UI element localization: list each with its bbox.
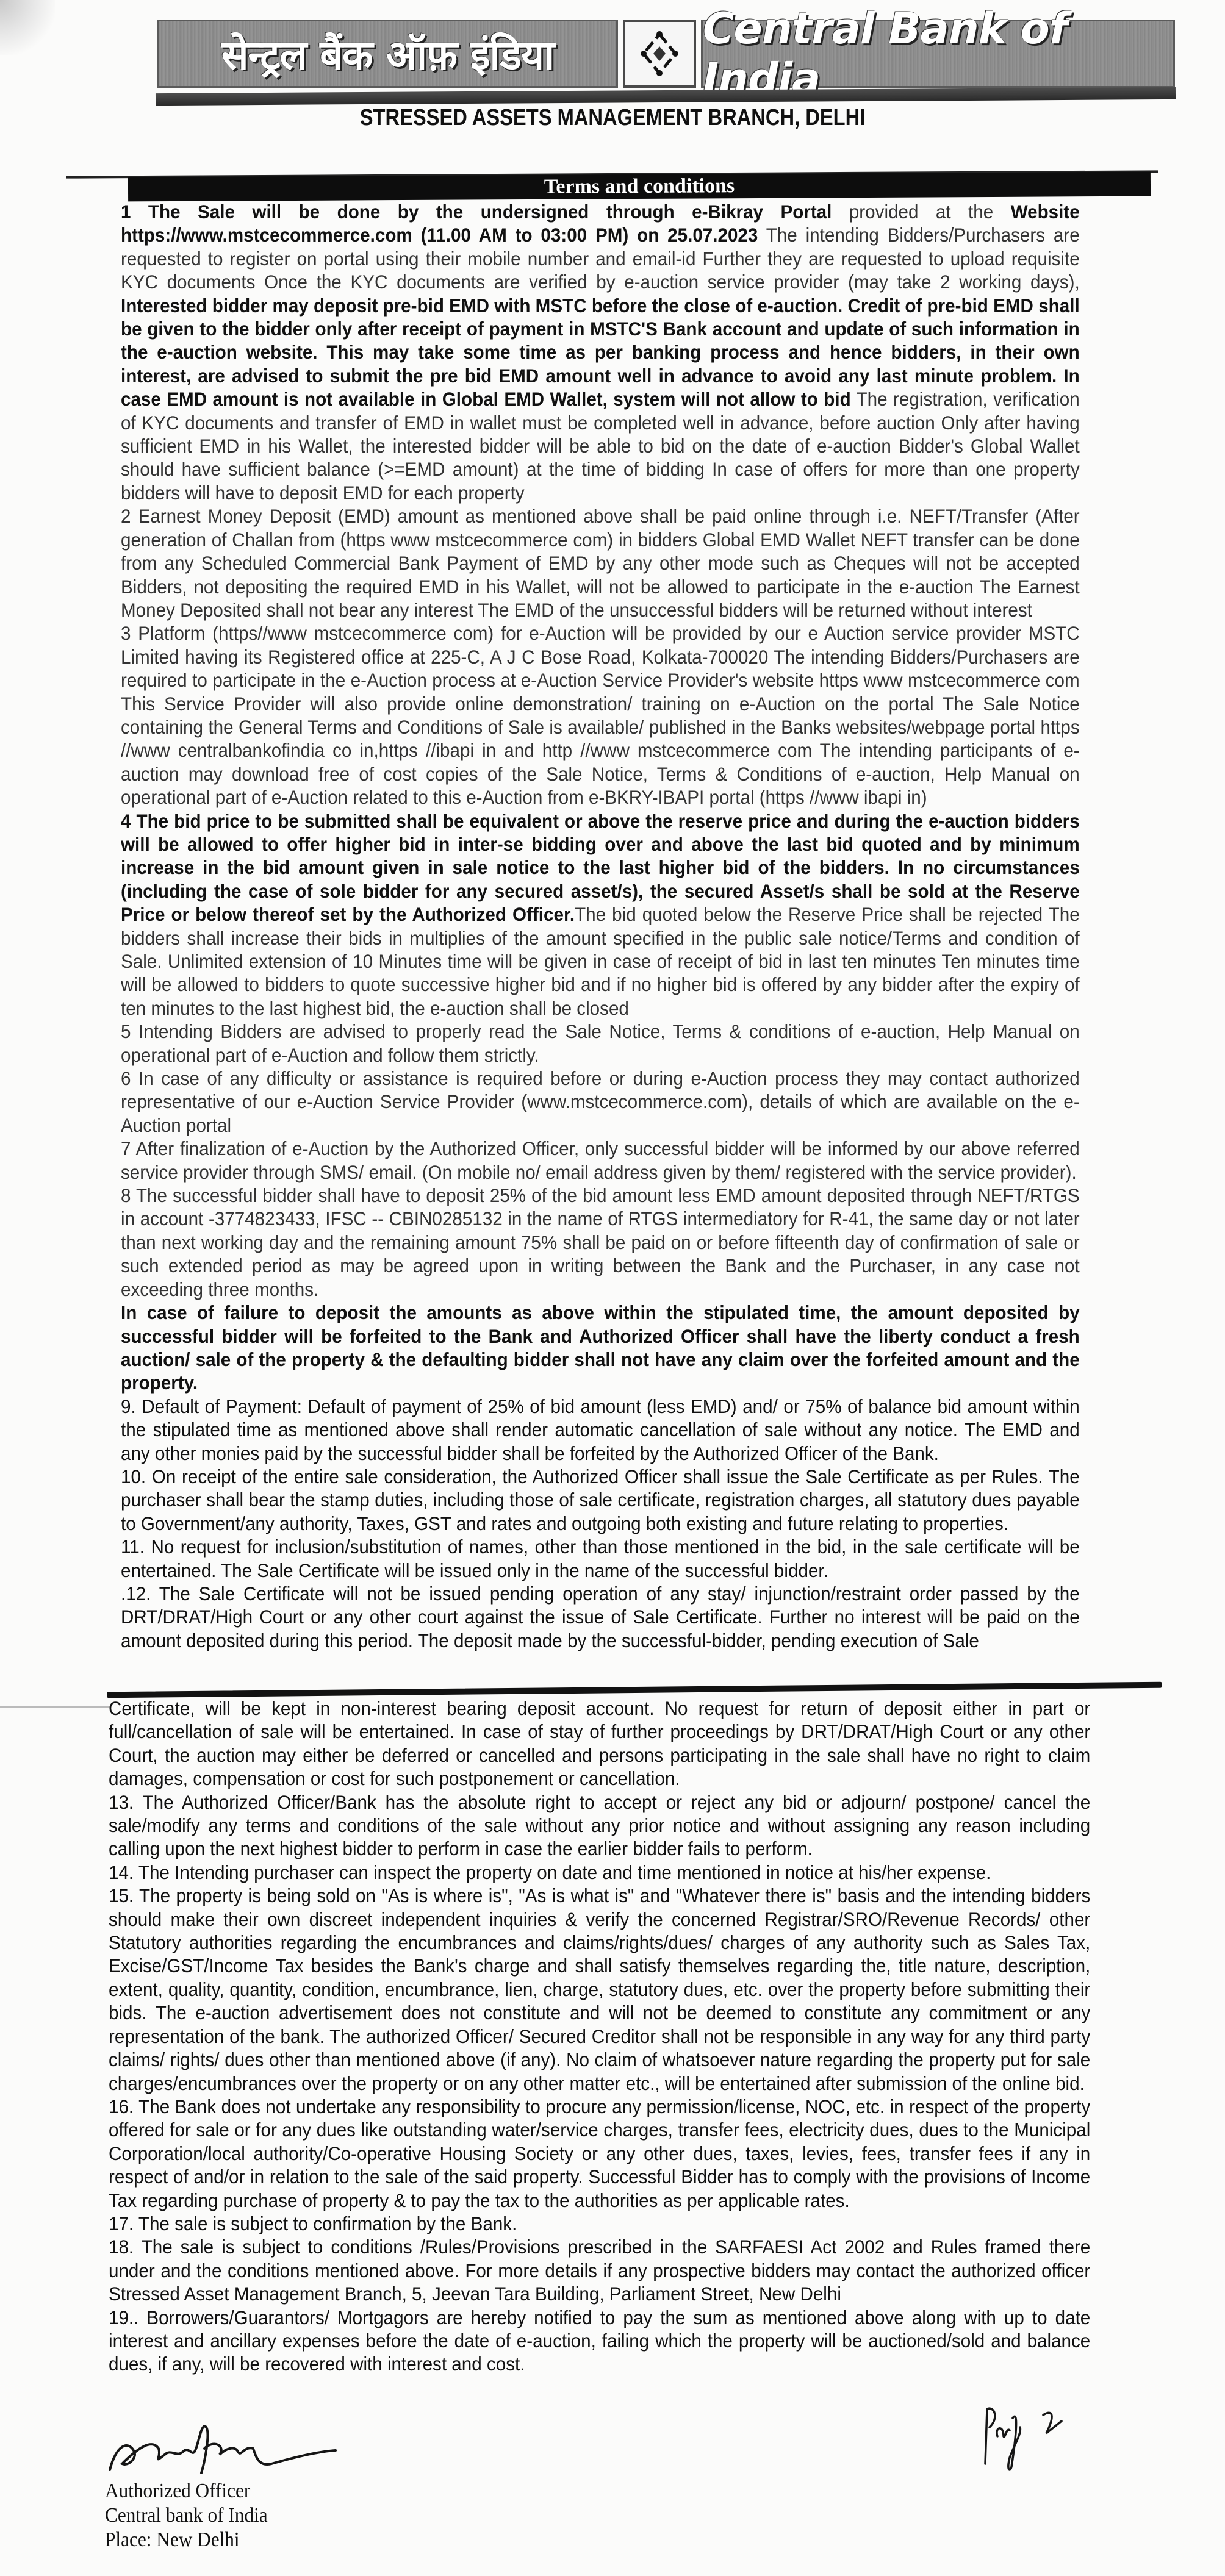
signatory-designation: Authorized Officer [105,2479,268,2503]
signature-block: Authorized Officer Central bank of India… [105,2479,282,2552]
clause-3: 3 Platform (https//www mstcecommerce com… [121,621,1080,809]
clause-text: 1 The Sale will be done by the undersign… [121,201,849,223]
clause-text: .12. The Sale Certificate will not be is… [121,1583,1080,1651]
signatory-organization: Central bank of India [105,2503,268,2528]
clause-text: 8 The successful bidder shall have to de… [121,1184,1080,1300]
clause-text: 2 Earnest Money Deposit (EMD) amount as … [121,505,1080,621]
clause-5: 5 Intending Bidders are advised to prope… [121,1020,1080,1067]
scan-shadow [0,0,55,55]
terms-body-part2: Certificate, will be kept in non-interes… [109,1697,1090,2376]
clause-19: 19.. Borrowers/Guarantors/ Mortgagors ar… [109,2306,1090,2376]
clause-18: 18. The sale is subject to conditions /R… [109,2235,1090,2305]
clause-17: 17. The sale is subject to confirmation … [109,2212,1090,2235]
clause-text: 7 After finalization of e-Auction by the… [121,1137,1080,1182]
page-number-handwritten: Page 2 [976,2403,1074,2476]
clause-12-continued: Certificate, will be kept in non-interes… [109,1697,1090,1791]
bank-name-hindi-panel: सेन्ट्रल बैंक ऑफ़ इंडिया [157,20,618,88]
clause-4: 4 The bid price to be submitted shall be… [121,809,1080,1020]
branch-title: STRESSED ASSETS MANAGEMENT BRANCH, DELHI [86,105,1140,131]
clause-7: 7 After finalization of e-Auction by the… [121,1137,1080,1184]
section-title: Terms and conditions [128,172,1151,202]
clause-10: 10. On receipt of the entire sale consid… [121,1465,1080,1535]
clause-12: .12. The Sale Certificate will not be is… [121,1582,1080,1652]
clause-14: 14. The Intending purchaser can inspect … [109,1861,1090,1884]
clause-1: 1 The Sale will be done by the undersign… [121,200,1080,504]
clause-text: 10. On receipt of the entire sale consid… [121,1465,1080,1534]
clause-8-forfeiture: In case of failure to deposit the amount… [121,1301,1080,1395]
clause-text: 3 Platform (https//www mstcecommerce com… [121,622,1080,808]
clause-text: 9. Default of Payment: Default of paymen… [121,1395,1080,1464]
clause-text: provided at the [849,201,1011,223]
bank-logo [623,20,696,88]
central-bank-logo-icon [640,29,679,78]
page-join-line [107,1682,1162,1698]
clause-8: 8 The successful bidder shall have to de… [121,1184,1080,1301]
signatory-place: Place: New Delhi [105,2528,268,2552]
clause-9: 9. Default of Payment: Default of paymen… [121,1395,1080,1465]
clause-13: 13. The Authorized Officer/Bank has the … [109,1791,1090,1861]
clause-text: 11. No request for inclusion/substitutio… [121,1536,1080,1581]
page-join-faint-line [0,1706,110,1708]
faint-stamp-mark [397,2476,556,2576]
clause-16: 16. The Bank does not undertake any resp… [109,2095,1090,2212]
clause-text: 6 In case of any difficulty or assistanc… [121,1067,1080,1136]
clause-15: 15. The property is being sold on "As is… [109,1884,1090,2095]
clause-2: 2 Earnest Money Deposit (EMD) amount as … [121,504,1080,621]
clause-text: 5 Intending Bidders are advised to prope… [121,1020,1080,1065]
clause-11: 11. No request for inclusion/substitutio… [121,1535,1080,1582]
terms-body-part1: 1 The Sale will be done by the undersign… [121,200,1080,1652]
clause-6: 6 In case of any difficulty or assistanc… [121,1067,1080,1137]
bank-name-hindi: सेन्ट्रल बैंक ऑफ़ इंडिया [221,26,554,81]
handwritten-signature-icon [104,2421,470,2476]
clause-text: In case of failure to deposit the amount… [121,1301,1080,1394]
bank-banner: सेन्ट्रल बैंक ऑफ़ इंडिया Central Bank of… [157,20,1175,88]
bank-name-english-panel: Central Bank of India [701,20,1175,88]
